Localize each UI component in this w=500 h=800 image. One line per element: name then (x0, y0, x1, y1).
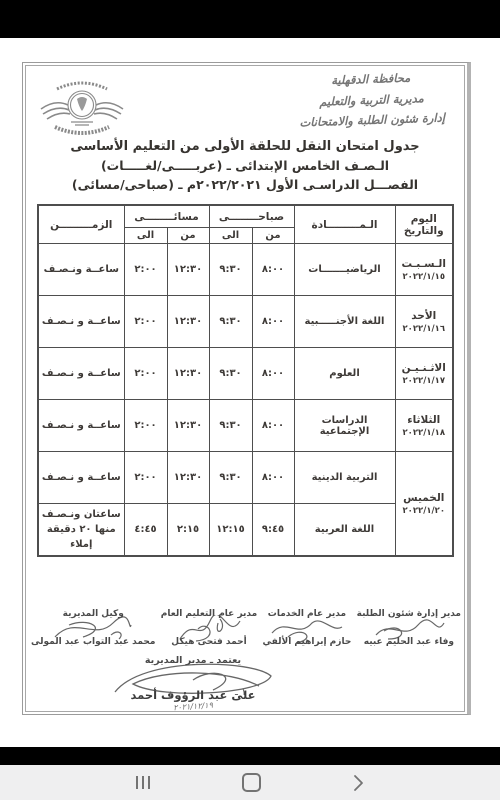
signature-title: مدير عام التعليم العام (161, 609, 257, 619)
duration-cell: ساعــة و نـصـف (38, 296, 124, 348)
header-morning: صباحــــــــى (209, 205, 294, 228)
table-row: الاثـنـيـن ٢٠٢٢/١/١٧ العلوم ٨:٠٠ ٩:٣٠ ١٢… (38, 348, 453, 400)
time-cell: ٨:٠٠ (252, 400, 294, 452)
subject-cell: الرياضيـــــــات (294, 244, 395, 296)
subject-cell: الدراسات الإجتماعية (294, 400, 395, 452)
signature-block: مدير عام التعليم العام أحمد فتحى هيكل (161, 609, 257, 647)
exam-schedule-table: اليوم والتاريخ الـمـــــــــادة صباحــــ… (37, 204, 454, 557)
signature-title: وكيل المديرية (31, 609, 155, 619)
time-cell: ٩:٤٥ (252, 504, 294, 557)
header-evening-to: الى (124, 228, 167, 244)
letterhead: محافظة الدقهلية مديرية التربية والتعليم … (283, 66, 460, 134)
scanned-document-page: محافظة الدقهلية مديرية التربية والتعليم … (22, 62, 471, 715)
subject-cell: اللغة الأجنـــــبية (294, 296, 395, 348)
day-cell: الـسـبـت ٢٠٢٢/١/١٥ (395, 244, 453, 296)
back-icon[interactable] (353, 774, 364, 792)
status-bar (0, 0, 500, 38)
duration-cell: ساعتان ونـصـف منها ٢٠ دقيقة إملاء (38, 504, 124, 557)
android-navigation-bar (0, 765, 500, 800)
header-evening: مسائــــــــى (124, 205, 209, 228)
bottom-black-strip (0, 747, 500, 765)
time-cell: ٢:٠٠ (124, 452, 167, 504)
table-row: الثلاثاء ٢٠٢٢/١/١٨ الدراسات الإجتماعية ٨… (38, 400, 453, 452)
signatures-row: مدير إدارة شئون الطلبة وفاء عبد الحليم ع… (31, 609, 461, 647)
page-number: ـ ١ ـ (235, 687, 253, 698)
subject-cell: العلوم (294, 348, 395, 400)
document-viewer: محافظة الدقهلية مديرية التربية والتعليم … (0, 38, 500, 747)
subject-cell: اللغة العربية (294, 504, 395, 557)
signature-title: مدير عام الخدمات (263, 609, 352, 619)
header-duration: الزمـــــــــن (38, 205, 124, 244)
table-row: الخميس ٢٠٢٢/١/٢٠ التربية الدينية ٨:٠٠ ٩:… (38, 452, 453, 504)
header-morning-from: من (252, 228, 294, 244)
time-cell: ١٢:٣٠ (167, 244, 209, 296)
time-cell: ٩:٣٠ (209, 348, 252, 400)
duration-cell: ساعــة ونـصـف (38, 244, 124, 296)
signature-name: محمد عبد التواب عبد المولى (31, 637, 155, 647)
time-cell: ٩:٣٠ (209, 400, 252, 452)
time-cell: ٩:٣٠ (209, 452, 252, 504)
day-cell: الخميس ٢٠٢٢/١/٢٠ (395, 452, 453, 557)
table-row: الـسـبـت ٢٠٢٢/١/١٥ الرياضيـــــــات ٨:٠٠… (38, 244, 453, 296)
header-day-date: اليوم والتاريخ (395, 205, 453, 244)
header-subject: الـمـــــــــادة (294, 205, 395, 244)
time-cell: ٢:٠٠ (124, 296, 167, 348)
title-line-1: جدول امتحان النقل للحلقة الأولى من التعل… (23, 139, 467, 154)
signature-block: مدير إدارة شئون الطلبة وفاء عبد الحليم ع… (357, 609, 461, 647)
time-cell: ٢:٠٠ (124, 348, 167, 400)
signature-title: مدير إدارة شئون الطلبة (357, 609, 461, 619)
time-cell: ٢:٠٠ (124, 400, 167, 452)
table-row: الأحد ٢٠٢٢/١/١٦ اللغة الأجنـــــبية ٨:٠٠… (38, 296, 453, 348)
time-cell: ٢:١٥ (167, 504, 209, 557)
header-evening-from: من (167, 228, 209, 244)
duration-cell: ساعــة و نـصـف (38, 400, 124, 452)
time-cell: ١٢:٣٠ (167, 348, 209, 400)
day-cell: الاثـنـيـن ٢٠٢٢/١/١٧ (395, 348, 453, 400)
duration-cell: ساعــة و نـصـف (38, 452, 124, 504)
document-title: جدول امتحان النقل للحلقة الأولى من التعل… (23, 139, 467, 192)
signature-block: مدير عام الخدمات حازم إبراهيم الألفي (263, 609, 352, 647)
duration-cell: ساعــة و نـصـف (38, 348, 124, 400)
signature-block: وكيل المديرية محمد عبد التواب عبد المولى (31, 609, 155, 647)
table-row: اللغة العربية ٩:٤٥ ١٢:١٥ ٢:١٥ ٤:٤٥ ساعتا… (38, 504, 453, 557)
title-line-2: الـصـف الخامس الإبتدائى ـ (عربـــــى/لغـ… (23, 158, 467, 173)
time-cell: ٨:٠٠ (252, 452, 294, 504)
recents-icon[interactable] (136, 776, 150, 789)
day-cell: الأحد ٢٠٢٢/١/١٦ (395, 296, 453, 348)
time-cell: ٩:٣٠ (209, 296, 252, 348)
time-cell: ١٢:٣٠ (167, 452, 209, 504)
day-cell: الثلاثاء ٢٠٢٢/١/١٨ (395, 400, 453, 452)
title-line-3: الفصـــل الدراسـى الأول ٢٠٢٢/٢٠٢١م ـ (صب… (23, 177, 467, 192)
time-cell: ٨:٠٠ (252, 244, 294, 296)
time-cell: ٨:٠٠ (252, 296, 294, 348)
time-cell: ٤:٤٥ (124, 504, 167, 557)
time-cell: ٩:٣٠ (209, 244, 252, 296)
signature-name: وفاء عبد الحليم عبيه (357, 637, 461, 647)
time-cell: ١٢:١٥ (209, 504, 252, 557)
home-icon[interactable] (242, 773, 261, 792)
governorate-emblem-logo (35, 75, 129, 147)
time-cell: ١٢:٣٠ (167, 400, 209, 452)
approval-block: يعتمد ـ مدير المديرية على عبد الرؤوف أحم… (93, 655, 293, 711)
header-morning-to: الى (209, 228, 252, 244)
time-cell: ١٢:٣٠ (167, 296, 209, 348)
time-cell: ٢:٠٠ (124, 244, 167, 296)
subject-cell: التربية الدينية (294, 452, 395, 504)
signature-name: حازم إبراهيم الألفي (263, 637, 352, 647)
time-cell: ٨:٠٠ (252, 348, 294, 400)
signature-name: أحمد فتحى هيكل (161, 637, 257, 647)
